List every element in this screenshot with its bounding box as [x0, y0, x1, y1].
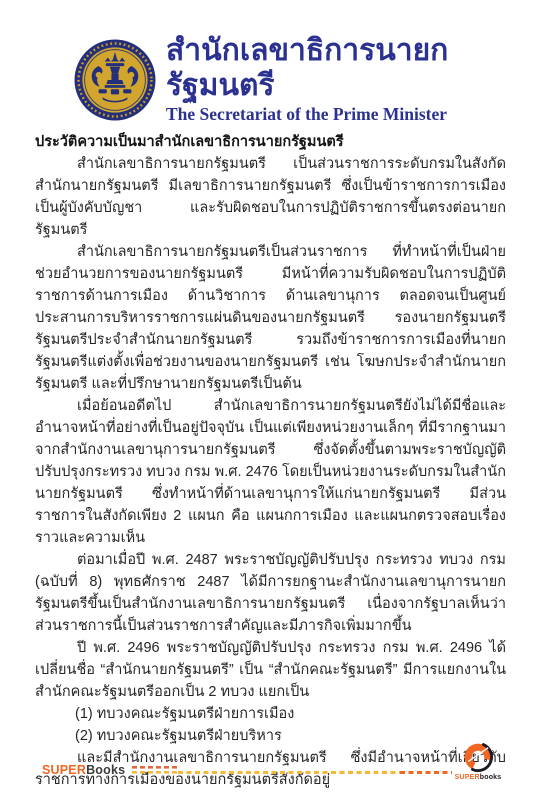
footer-logo-books: books [480, 774, 502, 781]
paragraph: ปี พ.ศ. 2496 พระราชบัญญัติปรับปรุง กระทร… [35, 637, 506, 703]
document-page: สำนักเลขาธิการนายกรัฐมนตรี The Secretari… [0, 0, 540, 798]
divider-double-dashes [132, 766, 178, 774]
paragraph: เมื่อย้อนอดีตไป สำนักเลขาธิการนายกรัฐมนต… [35, 395, 506, 549]
footer-brand-wordmark: SUPERBooks [42, 763, 125, 777]
footer-dashed-divider [132, 766, 452, 774]
agency-header: สำนักเลขาธิการนายกรัฐมนตรี The Secretari… [74, 34, 510, 125]
paragraph: สำนักเลขาธิการนายกรัฐมนตรีเป็นส่วนราชการ… [35, 241, 506, 395]
section-heading: ประวัติความเป็นมาสำนักเลขาธิการนายกรัฐมน… [35, 131, 506, 153]
footer: SUPERBooks [42, 760, 452, 780]
paragraph: ต่อมาเมื่อปี พ.ศ. 2487 พระราชบัญญัติปรับ… [35, 549, 506, 637]
agency-title-thai: สำนักเลขาธิการนายกรัฐมนตรี [166, 34, 510, 103]
paragraph: สำนักเลขาธิการนายกรัฐมนตรี เป็นส่วนราชกา… [35, 153, 506, 241]
divider-orange-dashes [400, 771, 452, 774]
swoosh-logo-icon [462, 741, 494, 773]
list-item: (1) ทบวงคณะรัฐมนตรีฝ่ายการเมือง [35, 703, 506, 725]
prime-minister-secretariat-seal-icon [74, 39, 156, 121]
footer-publisher-logo: SUPERbooks [453, 741, 503, 781]
agency-titles: สำนักเลขาธิการนายกรัฐมนตรี The Secretari… [166, 34, 510, 125]
footer-logo-super: SUPER [455, 774, 480, 781]
footer-brand-super: SUPER [42, 763, 86, 777]
list-item: (2) ทบวงคณะรัฐมนตรีฝ่ายบริหาร [35, 725, 506, 747]
divider-gold-dashes [178, 771, 400, 774]
agency-title-english: The Secretariat of the Prime Minister [166, 104, 510, 125]
document-body: ประวัติความเป็นมาสำนักเลขาธิการนายกรัฐมน… [35, 131, 506, 791]
footer-brand-books: Books [86, 763, 125, 777]
footer-logo-caption: SUPERbooks [455, 774, 502, 781]
